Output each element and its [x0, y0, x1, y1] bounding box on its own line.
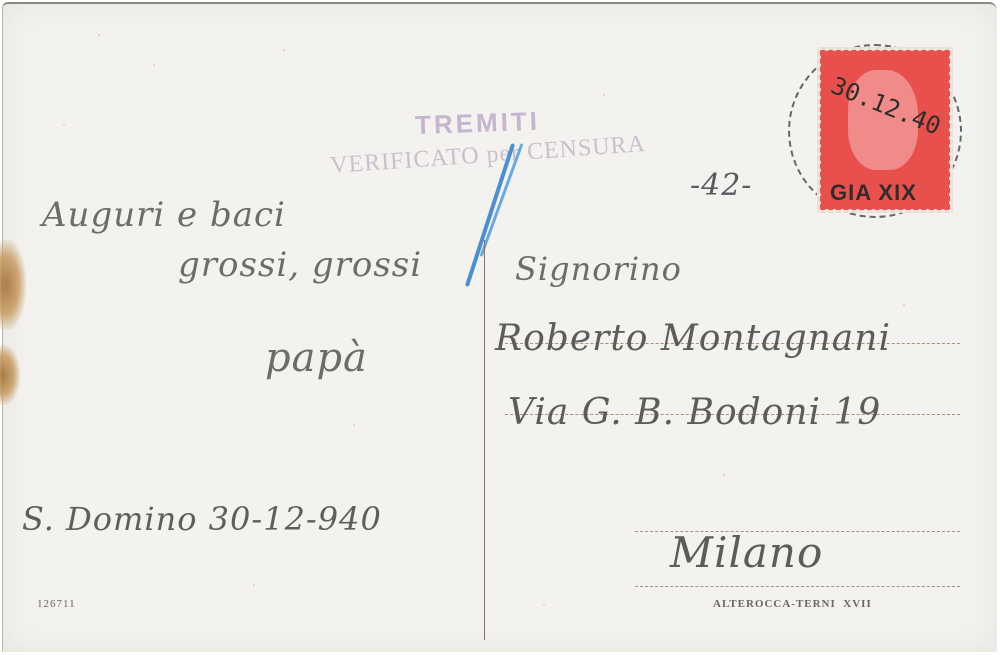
address-divider: [484, 240, 485, 640]
stain: [0, 345, 20, 405]
postmark-location: GIA XIX: [830, 180, 917, 206]
address-name: Roberto Montagnani: [495, 318, 891, 359]
message-line-1: Auguri e baci: [42, 195, 286, 235]
address-line: [635, 586, 960, 587]
publisher-imprint: ALTEROCCA-TERNI XVII: [713, 598, 872, 610]
censor-stamp-title: TREMITI: [414, 106, 540, 141]
censor-number: -42-: [690, 168, 752, 203]
address-salutation: Signorino: [515, 250, 682, 288]
message-line-2: grossi, grossi: [178, 245, 422, 285]
address-city: Milano: [670, 528, 823, 577]
stain: [0, 240, 26, 330]
signature: papà: [265, 335, 368, 381]
place-date: S. Domino 30-12-940: [22, 500, 382, 538]
printed-code: 126711: [37, 598, 76, 610]
address-street: Via G. B. Bodoni 19: [508, 392, 881, 433]
